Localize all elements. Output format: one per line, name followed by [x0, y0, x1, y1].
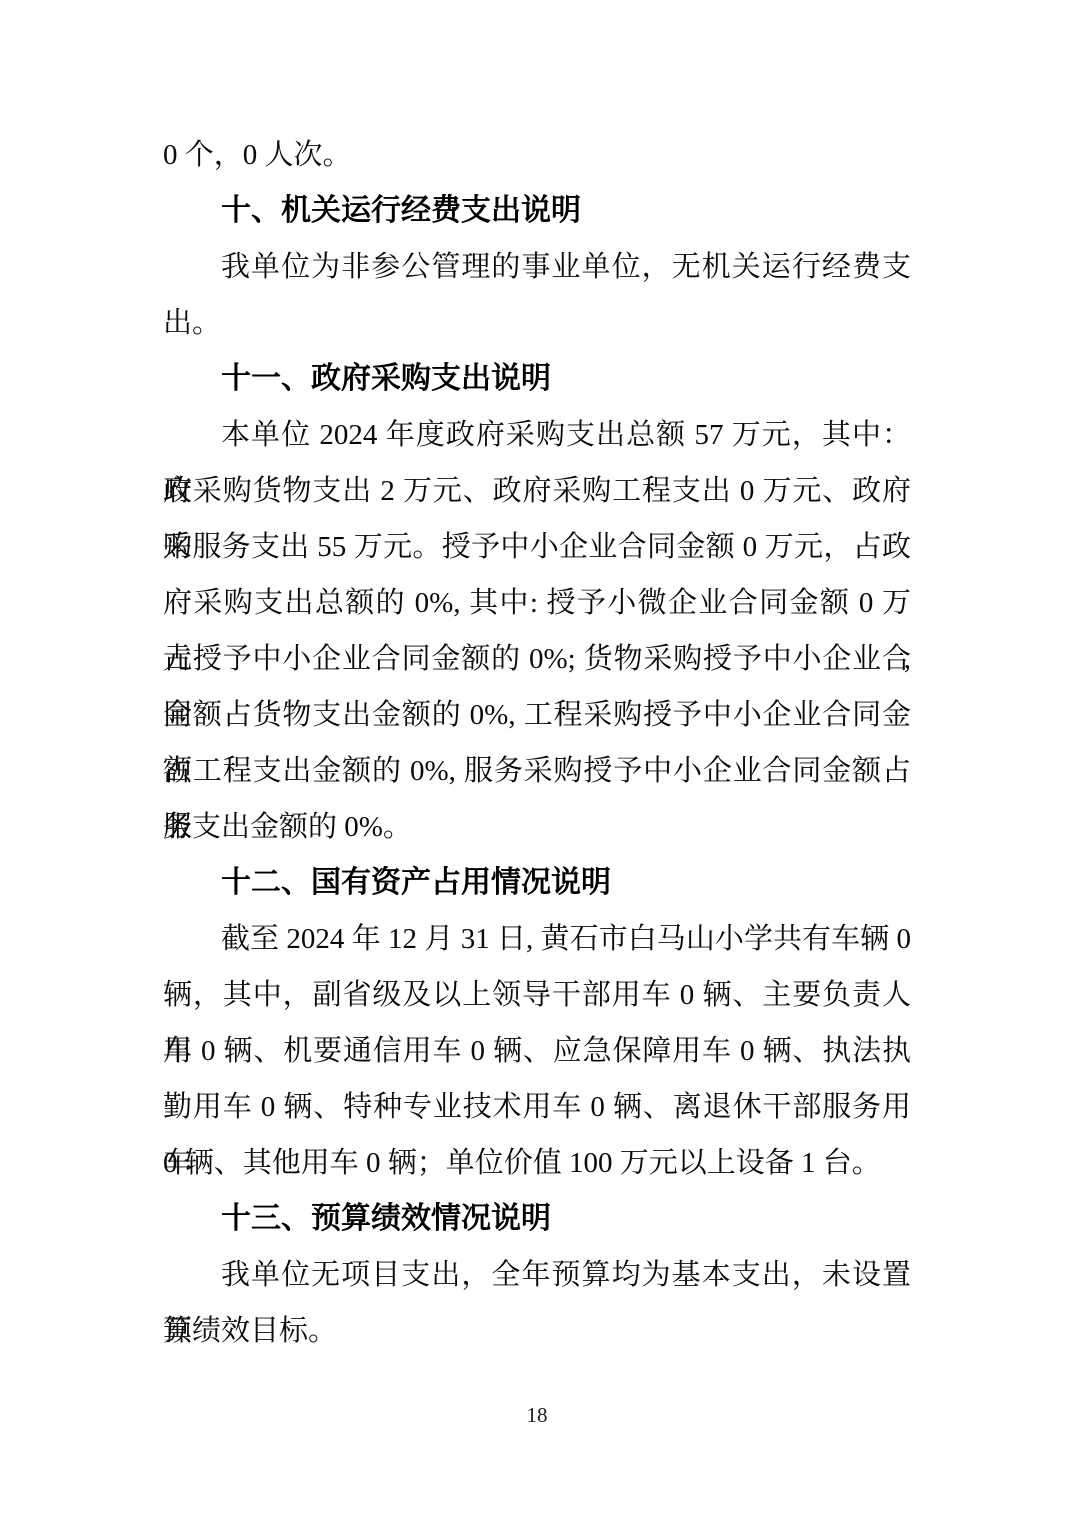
paragraph-section-11-line-2: 府采购货物支出 2 万元、政府采购工程支出 0 万元、政府采	[163, 463, 911, 519]
paragraph-section-11-line-8: 务支出金额的 0%。	[163, 799, 911, 855]
paragraph-section-11-line-7: 占工程支出金额的 0%, 服务采购授予中小企业合同金额占服	[163, 743, 911, 799]
paragraph-section-12-line-3: 车 0 辆、机要通信用车 0 辆、应急保障用车 0 辆、执法执	[163, 1023, 911, 1079]
paragraph-section-11-line-5: 占授予中小企业合同金额的 0%; 货物采购授予中小企业合同	[163, 631, 911, 687]
document-content: 0 个，0 人次。十、机关运行经费支出说明我单位为非参公管理的事业单位，无机关运…	[163, 127, 911, 1359]
paragraph-section-10-line-2: 出。	[163, 295, 911, 351]
paragraph-section-11-line-1: 本单位 2024 年度政府采购支出总额 57 万元，其中：政	[163, 407, 911, 463]
heading-section-10: 十、机关运行经费支出说明	[163, 183, 911, 239]
paragraph-section-11-line-4: 府采购支出总额的 0%, 其中: 授予小微企业合同金额 0 万元,	[163, 575, 911, 631]
paragraph-section-11-line-6: 金额占货物支出金额的 0%, 工程采购授予中小企业合同金额	[163, 687, 911, 743]
heading-section-12: 十二、国有资产占用情况说明	[163, 855, 911, 911]
heading-section-13: 十三、预算绩效情况说明	[163, 1191, 911, 1247]
paragraph-section-12-line-1: 截至 2024 年 12 月 31 日, 黄石市白马山小学共有车辆 0	[163, 911, 911, 967]
carryover-paragraph-line-1: 0 个，0 人次。	[163, 127, 911, 183]
paragraph-section-10-line-1: 我单位为非参公管理的事业单位，无机关运行经费支	[163, 239, 911, 295]
paragraph-section-13-line-1: 我单位无项目支出，全年预算均为基本支出，未设置预	[163, 1247, 911, 1303]
heading-section-11: 十一、政府采购支出说明	[163, 351, 911, 407]
paragraph-section-12-line-5: 0 辆、其他用车 0 辆；单位价值 100 万元以上设备 1 台。	[163, 1135, 911, 1191]
document-page: 0 个，0 人次。十、机关运行经费支出说明我单位为非参公管理的事业单位，无机关运…	[0, 0, 1074, 1520]
paragraph-section-12-line-2: 辆，其中，副省级及以上领导干部用车 0 辆、主要负责人用	[163, 967, 911, 1023]
page-number: 18	[0, 1400, 1074, 1430]
paragraph-section-12-line-4: 勤用车 0 辆、特种专业技术用车 0 辆、离退休干部服务用车	[163, 1079, 911, 1135]
paragraph-section-13-line-2: 算绩效目标。	[163, 1303, 911, 1359]
paragraph-section-11-line-3: 购服务支出 55 万元。授予中小企业合同金额 0 万元，占政	[163, 519, 911, 575]
